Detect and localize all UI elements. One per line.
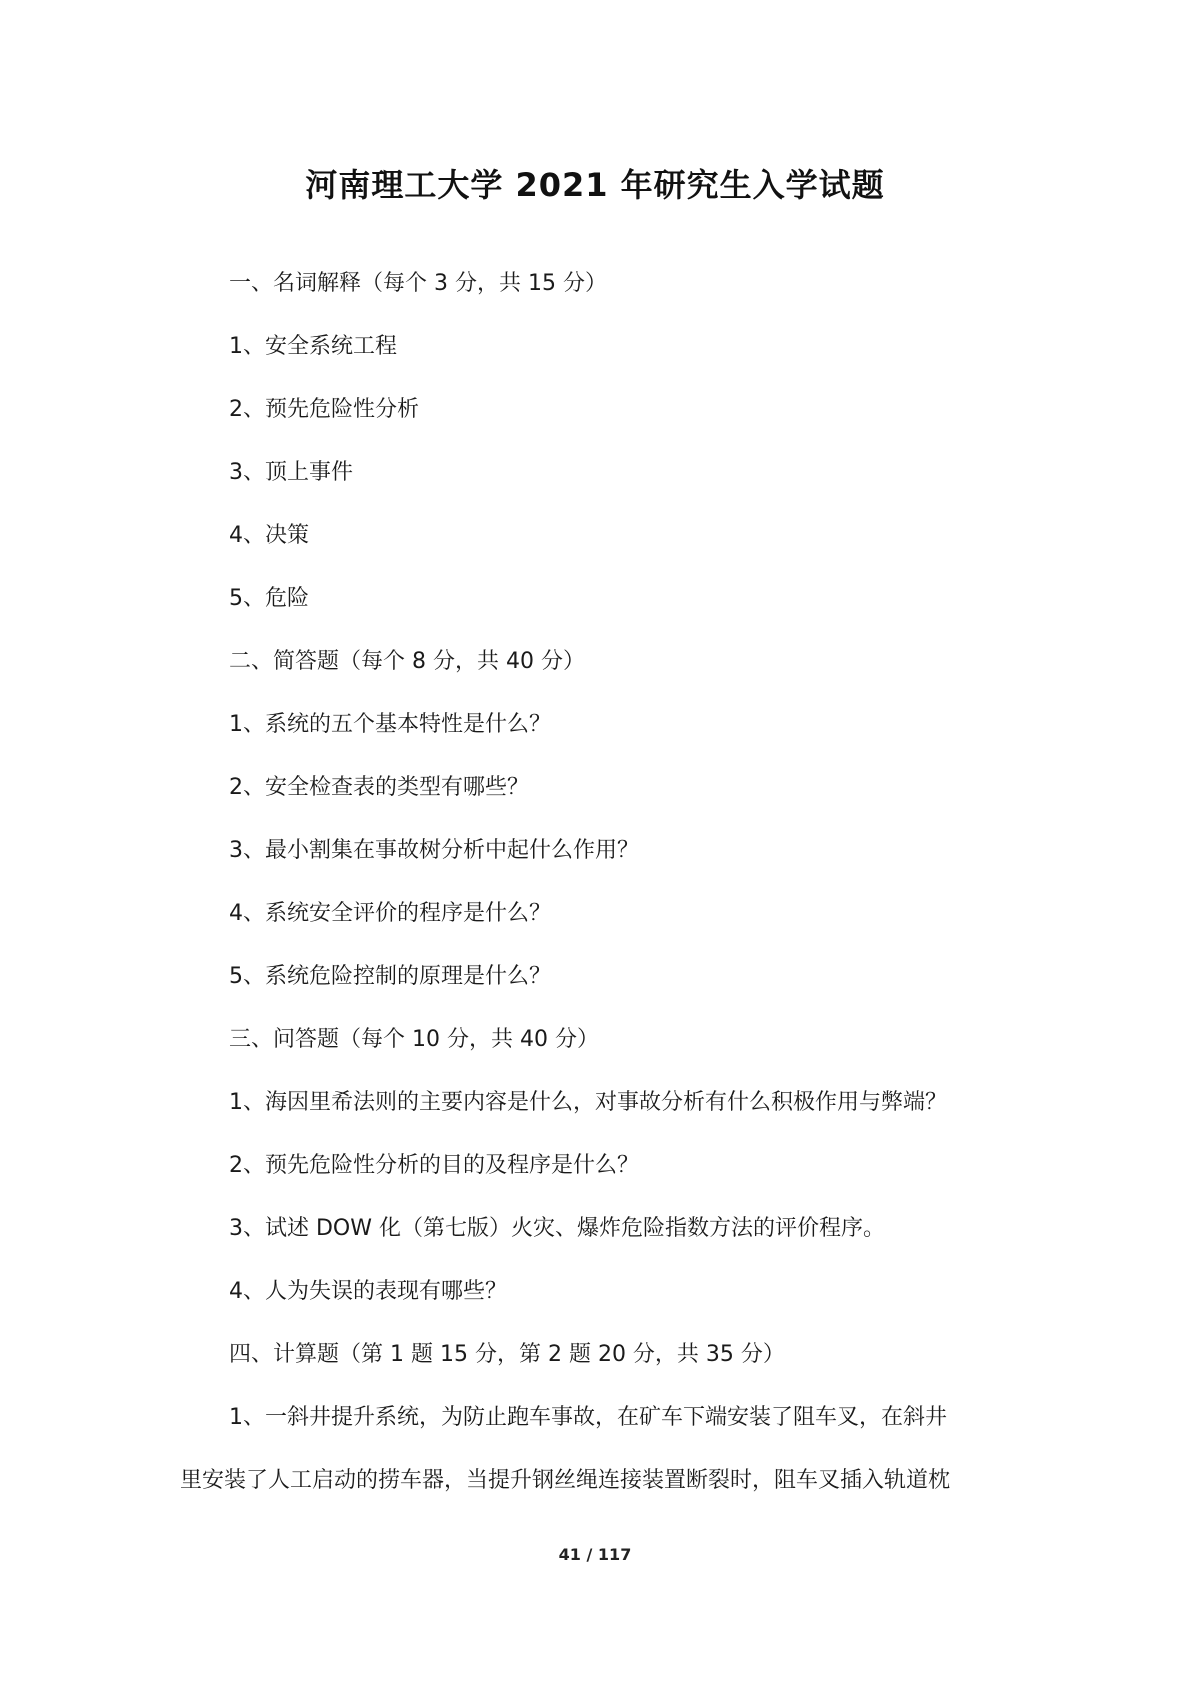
question-item: 2、预先危险性分析的目的及程序是什么？ — [229, 1150, 1019, 1213]
calculation-question-paragraph: 1、一斜井提升系统，为防止跑车事故，在矿车下端安装了阻车叉，在斜井 里安装了人工… — [180, 1402, 1020, 1528]
section-heading: 四、计算题（第 1 题 15 分，第 2 题 20 分，共 35 分） — [229, 1339, 1019, 1402]
section-heading: 一、名词解释（每个 3 分，共 15 分） — [229, 268, 1019, 331]
question-item: 1、系统的五个基本特性是什么？ — [229, 709, 1019, 772]
question-item: 3、试述 DOW 化（第七版）火灾、爆炸危险指数方法的评价程序。 — [229, 1213, 1019, 1276]
question-item: 2、预先危险性分析 — [229, 394, 1019, 457]
page-number: 41 / 117 — [0, 1545, 1190, 1564]
paragraph-line: 1、一斜井提升系统，为防止跑车事故，在矿车下端安装了阻车叉，在斜井 — [180, 1402, 1020, 1465]
paragraph-line: 里安装了人工启动的捞车器，当提升钢丝绳连接装置断裂时，阻车叉插入轨道枕 — [180, 1465, 1020, 1528]
question-item: 2、安全检查表的类型有哪些？ — [229, 772, 1019, 835]
question-list: 一、名词解释（每个 3 分，共 15 分） 1、安全系统工程 2、预先危险性分析… — [229, 268, 1019, 1402]
question-item: 3、最小割集在事故树分析中起什么作用？ — [229, 835, 1019, 898]
section-heading: 三、问答题（每个 10 分，共 40 分） — [229, 1024, 1019, 1087]
question-item: 5、危险 — [229, 583, 1019, 646]
question-item: 3、顶上事件 — [229, 457, 1019, 520]
document-title: 河南理工大学 2021 年研究生入学试题 — [0, 160, 1190, 206]
question-item: 4、决策 — [229, 520, 1019, 583]
question-item: 5、系统危险控制的原理是什么？ — [229, 961, 1019, 1024]
question-item: 4、系统安全评价的程序是什么？ — [229, 898, 1019, 961]
question-item: 1、安全系统工程 — [229, 331, 1019, 394]
question-item: 1、海因里希法则的主要内容是什么，对事故分析有什么积极作用与弊端？ — [229, 1087, 1019, 1150]
question-item: 4、人为失误的表现有哪些？ — [229, 1276, 1019, 1339]
section-heading: 二、简答题（每个 8 分，共 40 分） — [229, 646, 1019, 709]
